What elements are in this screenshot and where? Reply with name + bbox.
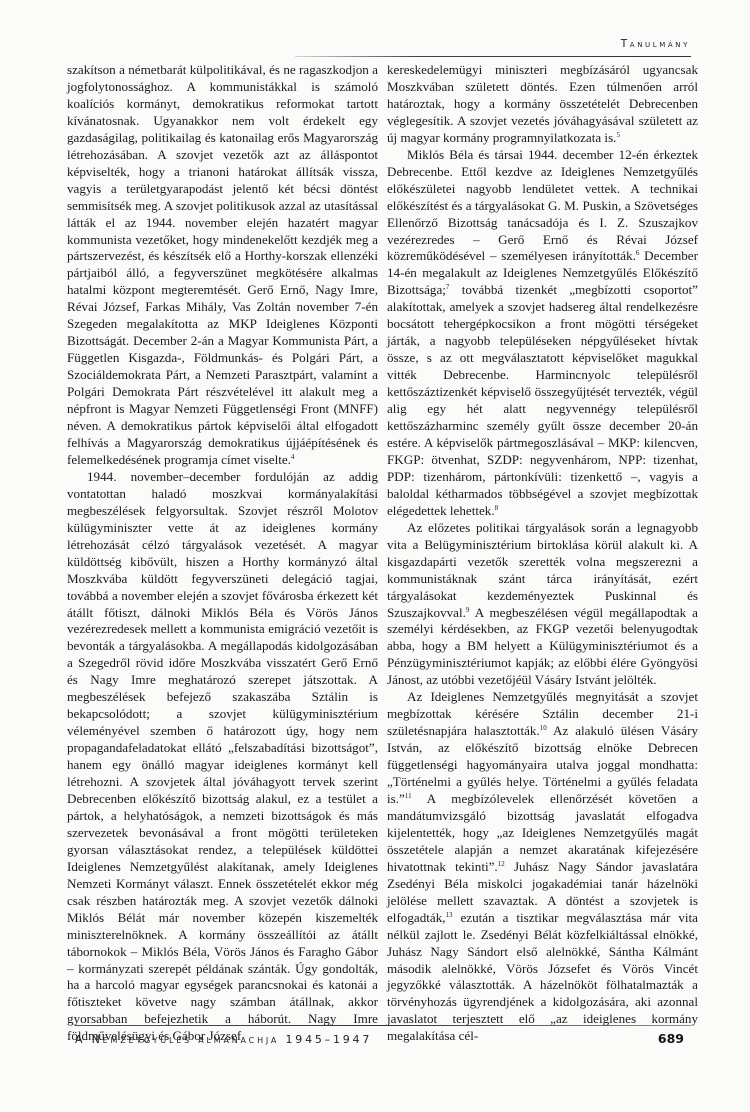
footnote-ref: 13 [446, 911, 453, 919]
paragraph: szakítson a németbarát külpolitikával, é… [67, 62, 378, 469]
paragraph-text: kereskedelemügyi miniszteri megbízásáról… [387, 62, 698, 145]
running-head: Tanulmány [621, 38, 690, 50]
paragraph-text: ezután a tisztikar megválasztása már vit… [387, 910, 698, 1044]
footnote-ref: 8 [495, 504, 499, 512]
footnote-ref: 11 [405, 792, 412, 800]
paragraph-text: szakítson a németbarát külpolitikával, é… [67, 62, 378, 467]
paragraph-text: továbbá tizenkét „megbízotti csoportot” … [387, 282, 698, 517]
paragraph-text: Miklós Béla és társai 1944. december 12-… [387, 147, 698, 264]
left-column: szakítson a németbarát külpolitikával, é… [67, 62, 378, 1045]
paragraph: kereskedelemügyi miniszteri megbízásáról… [387, 62, 698, 147]
footnote-ref: 5 [616, 131, 620, 139]
right-column: kereskedelemügyi miniszteri megbízásáról… [387, 62, 698, 1045]
footnote-ref: 12 [498, 860, 505, 868]
paragraph-text: 1944. november–december fordulóján az ad… [67, 469, 378, 1043]
footer-title: A Nemzetgyűlés almanachja 1945–1947 [75, 1033, 372, 1046]
footer-rule [75, 1025, 691, 1026]
header-rule [295, 56, 691, 57]
footnote-ref: 4 [291, 453, 295, 461]
paragraph: 1944. november–december fordulóján az ad… [67, 469, 378, 1045]
paragraph: Az Ideiglenes Nemzetgyűlés megnyitását a… [387, 689, 698, 1045]
footnote-ref: 10 [540, 724, 547, 732]
page-number: 689 [658, 1031, 684, 1046]
paragraph: Az előzetes politikai tárgyalások során … [387, 520, 698, 690]
paragraph: Miklós Béla és társai 1944. december 12-… [387, 147, 698, 520]
